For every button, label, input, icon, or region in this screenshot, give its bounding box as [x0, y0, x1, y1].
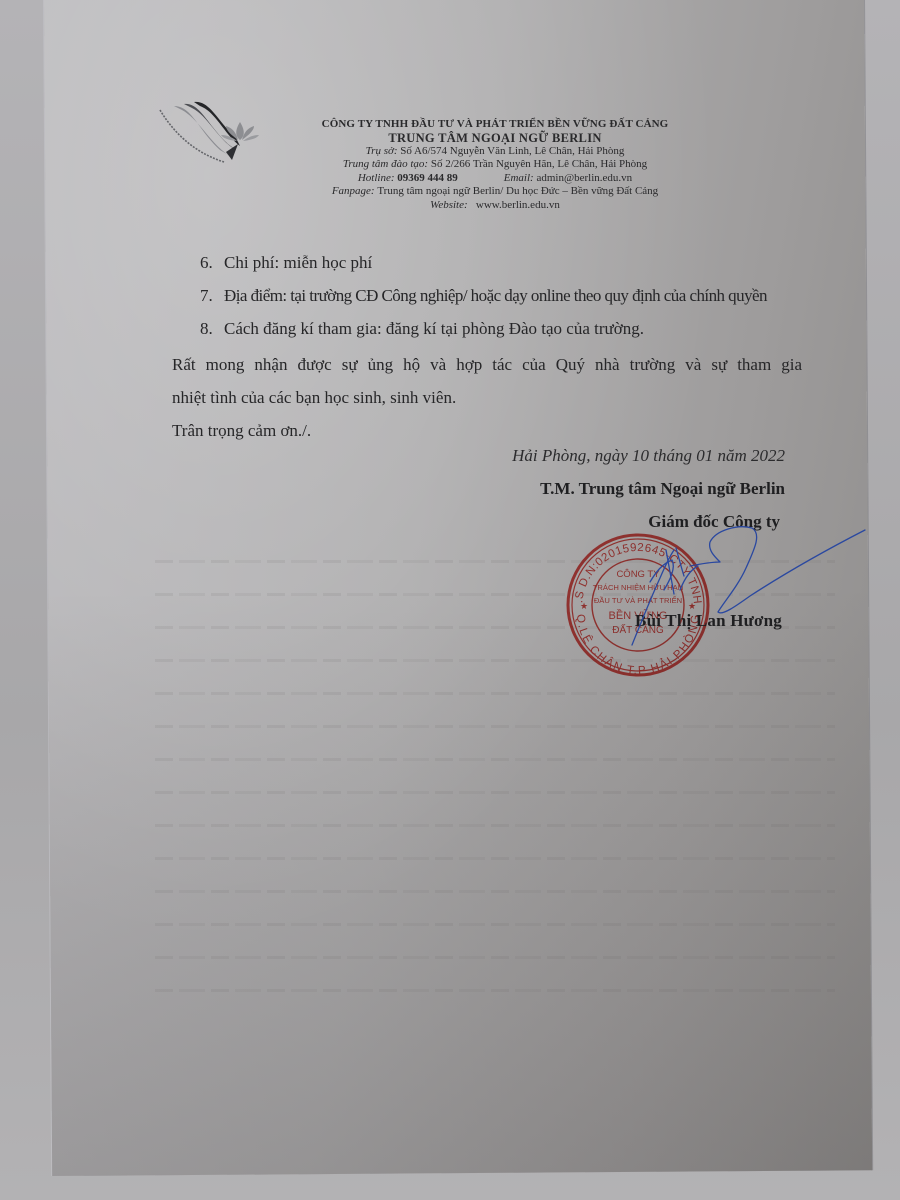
wave-lotus-logo-icon [152, 100, 260, 172]
list-item: 7. Địa điểm: tại trường CĐ Công nghiệp/ … [172, 279, 812, 312]
stamp-star-left: ★ [580, 601, 588, 611]
thanks-line: Trân trọng cảm ơn./. [172, 414, 812, 447]
center-name: TRUNG TÂM NGOẠI NGỮ BERLIN [300, 132, 690, 145]
website-line: Website: www.berlin.edu.vn [300, 199, 690, 213]
closing-line-2: nhiệt tình của các bạn học sinh, sinh vi… [172, 388, 456, 407]
closing-paragraph: Rất mong nhận được sự ủng hộ và hợp tác … [172, 348, 812, 414]
email-label: Email [504, 172, 530, 184]
website-url[interactable]: www.berlin.edu.vn [476, 199, 560, 211]
company-seal-stamp: M.S D.N:0201592645-CTY TNHH Q.LÊ CHÂN T.… [562, 527, 714, 679]
list-item-text: Cách đăng kí tham gia: đăng kí tại phòng… [224, 312, 644, 345]
list-item: 8. Cách đăng kí tham gia: đăng kí tại ph… [172, 312, 812, 345]
list-item-number: 8. [200, 312, 213, 345]
letter-body: 6. Chi phí: miễn học phí 7. Địa điểm: tạ… [172, 246, 812, 447]
list-item-number: 6. [200, 246, 213, 279]
head-office-line: Trụ sở: Số A6/574 Nguyễn Văn Linh, Lê Ch… [300, 145, 690, 159]
date-line: Hải Phòng, ngày 10 tháng 01 năm 2022 [465, 446, 785, 466]
website-label: Website [430, 199, 464, 211]
head-office-label: Trụ sở [366, 145, 394, 157]
stamp-line: CÔNG TY [616, 569, 660, 580]
closing-line-1: Rất mong nhận được sự ủng hộ và hợp tác … [172, 348, 802, 381]
stamp-line: TRÁCH NHIỆM HỮU HẠN [593, 583, 683, 592]
list-item-number: 7. [200, 279, 213, 312]
fanpage-line: Fanpage: Trung tâm ngoại ngữ Berlin/ Du … [300, 185, 690, 199]
list-item-text: Địa điểm: tại trường CĐ Công nghiệp/ hoặ… [224, 279, 767, 312]
stamp-line: ĐẦU TƯ VÀ PHÁT TRIỂN [594, 595, 682, 605]
list-item-text: Chi phí: miễn học phí [224, 246, 372, 279]
company-name: CÔNG TY TNHH ĐẦU TƯ VÀ PHÁT TRIỂN BỀN VỮ… [300, 118, 690, 132]
training-center-line: Trung tâm đào tạo: Số 2/266 Trần Nguyên … [300, 158, 690, 172]
training-center-address: Số 2/266 Trần Nguyên Hãn, Lê Chân, Hải P… [431, 158, 647, 170]
signing-organization: T.M. Trung tâm Ngoại ngữ Berlin [430, 479, 785, 499]
stamp-star-right: ★ [688, 601, 696, 611]
training-center-label: Trung tâm đào tạo [343, 158, 425, 170]
hotline-label: Hotline [358, 172, 391, 184]
fanpage-label: Fanpage [332, 185, 371, 197]
contact-line: Hotline: 09369 444 89Email: admin@berlin… [300, 172, 690, 186]
fanpage-name[interactable]: Trung tâm ngoại ngữ Berlin/ Du học Đức –… [377, 185, 658, 197]
hotline-number[interactable]: 09369 444 89 [397, 172, 458, 184]
signer-name: Bùi Thị Lan Hương [560, 611, 782, 631]
letterhead: CÔNG TY TNHH ĐẦU TƯ VÀ PHÁT TRIỂN BỀN VỮ… [300, 118, 690, 213]
head-office-address: Số A6/574 Nguyễn Văn Linh, Lê Chân, Hải … [400, 145, 624, 157]
list-item: 6. Chi phí: miễn học phí [172, 246, 812, 279]
email-address[interactable]: admin@berlin.edu.vn [536, 172, 632, 184]
